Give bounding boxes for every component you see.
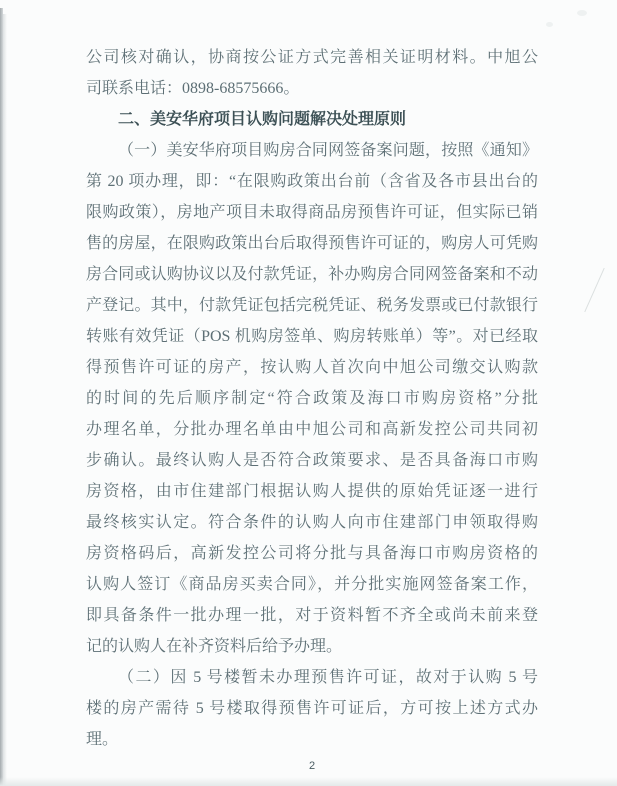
text-line: 房资格码后，高新发控公司将分批与具备海口市购房资格的 — [86, 538, 538, 569]
text-line: 产登记。其中，付款凭证包括完税凭证、税务发票或已付款银行 — [86, 290, 538, 321]
scan-left-edge-soft-shadow — [3, 14, 7, 786]
text-line: 步确认。最终认购人是否符合政策要求、是否具备海口市购 — [86, 445, 538, 476]
text-line: （一）美安华府项目购房合同网签备案问题，按照《通知》 — [86, 135, 538, 166]
scan-scratch-artifact — [584, 268, 604, 312]
text-line: 房资格，由市住建部门根据认购人提供的原始凭证逐一进行 — [86, 476, 538, 507]
page-number: 2 — [86, 756, 538, 776]
text-line: （二）因 5 号楼暂未办理预售许可证，故对于认购 5 号 — [86, 662, 538, 693]
text-line: 办理名单，分批办理名单由中旭公司和高新发控公司共同初 — [86, 414, 538, 445]
text-line: 认购人签订《商品房买卖合同》，并分批实施网签备案工作， — [86, 569, 538, 600]
text-line: 转账有效凭证（POS 机购房签单、购房转账单）等”。对已经取 — [86, 321, 538, 352]
text-line: 最终核实认定。符合条件的认购人向市住建部门申领取得购 — [86, 507, 538, 538]
text-line: 售的房屋，在限购政策出台后取得预售许可证的，购房人可凭购 — [86, 228, 538, 259]
text-line: 记的认购人在补齐资料后给予办理。 — [86, 631, 538, 662]
text-line: 房合同或认购协议以及付款凭证，补办购房合同网签备案和不动 — [86, 259, 538, 290]
text-line: 楼的房产需待 5 号楼取得预售许可证后，方可按上述方式办 — [86, 693, 538, 724]
text-line: 得预售许可证的房产，按认购人首次向中旭公司缴交认购款 — [86, 352, 538, 383]
text-line: 的时间的先后顺序制定“符合政策及海口市购房资格”分批 — [86, 383, 538, 414]
document-body: 公司核对确认，协商按公证方式完善相关证明材料。中旭公 司联系电话：0898-68… — [86, 42, 538, 755]
text-line: 限购政策），房地产项目未取得商品房预售许可证，但实际已销 — [86, 197, 538, 228]
scanned-document-page: 公司核对确认，协商按公证方式完善相关证明材料。中旭公 司联系电话：0898-68… — [0, 0, 617, 786]
text-line: 即具备条件一批办理一批，对于资料暂不齐全或尚未前来登 — [86, 600, 538, 631]
scan-noise-speck — [546, 22, 553, 27]
text-line: 理。 — [86, 724, 538, 755]
text-line: 公司核对确认，协商按公证方式完善相关证明材料。中旭公 — [86, 42, 538, 73]
section-heading: 二、美安华府项目认购问题解决处理原则 — [86, 104, 538, 135]
scan-bottom-edge-shadow — [0, 777, 617, 786]
text-line-phone: 司联系电话：0898-68575666。 — [86, 73, 538, 104]
scan-noise-speck — [577, 10, 587, 16]
text-line: 第 20 项办理，即：“在限购政策出台前（含省及各市县出台的 — [86, 166, 538, 197]
